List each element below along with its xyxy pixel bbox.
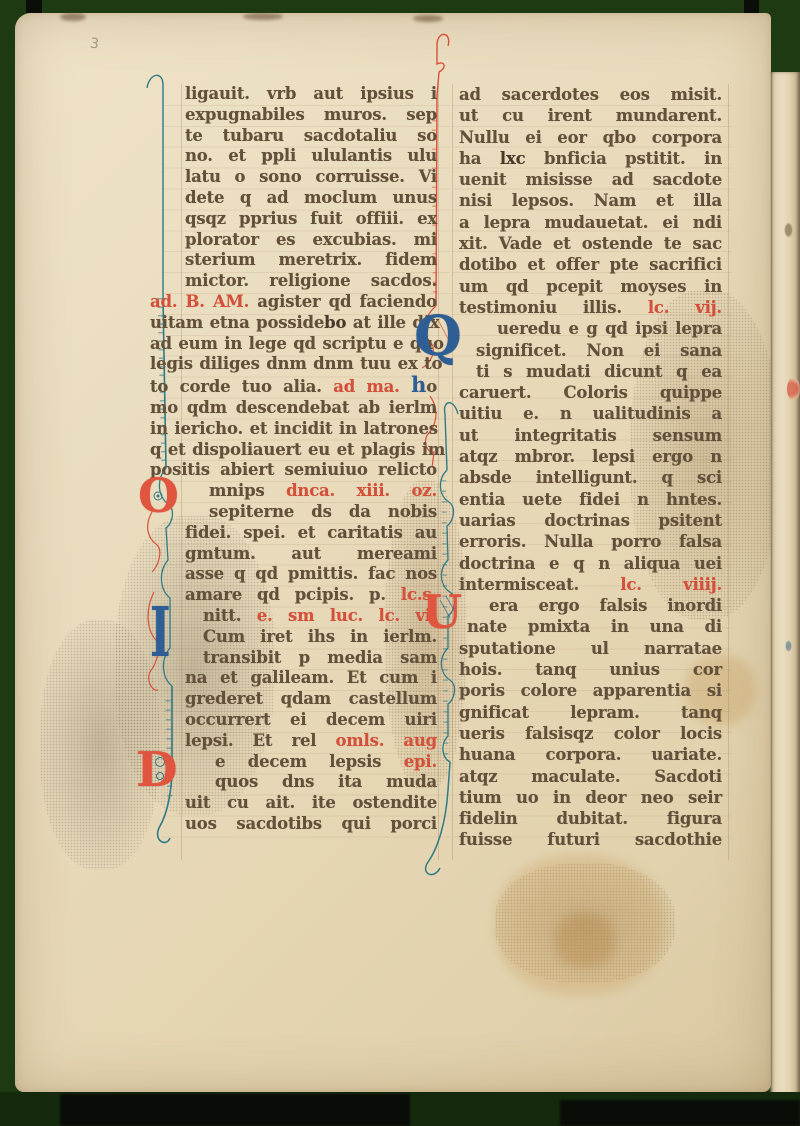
text-run: te tubaru sacdotaliu so — [185, 126, 437, 145]
manuscript-text-line: uit cu ait. ite ostendite — [185, 793, 437, 814]
scan-notch — [26, 0, 42, 13]
text-run: mnips — [209, 481, 286, 500]
text-run: doctrina e q n aliqua uei — [459, 554, 722, 573]
scan-shadow — [60, 1094, 410, 1126]
next-page-initial-hint — [787, 377, 800, 401]
text-run: fuisse futuri sacdothie — [459, 830, 722, 849]
manuscript-text-line: ha lxc bnficia pstitit. in — [459, 148, 722, 169]
text-block: De decem lepsis epi.quos dns ita mudauit… — [185, 752, 437, 835]
manuscript-text-line: Cum iret ihs in ierlm. — [185, 627, 437, 648]
manuscript-text-line: te tubaru sacdotaliu so — [185, 126, 437, 147]
text-run: bnficia pstitit. in — [525, 149, 722, 168]
text-run: tium uo in deor neo seir — [459, 788, 722, 807]
text-run: transibit p media sam — [203, 648, 437, 667]
manuscript-text-line: ueris falsisqz color locis — [459, 723, 722, 744]
manuscript-text-line: significet. Non ei sana — [459, 340, 722, 361]
text-run: gmtum. aut mereami — [185, 544, 437, 563]
manuscript-text-line: dotibo et offer pte sacrifici — [459, 254, 722, 275]
text-run: dotibo et offer pte sacrifici — [459, 255, 722, 274]
manuscript-text-line: legis diliges dnm dnm tuu ex to — [150, 354, 437, 375]
manuscript-text-line: uarias doctrinas psitent — [459, 510, 722, 531]
next-page-ink-hint — [785, 640, 792, 652]
manuscript-text-line: na et galileam. Et cum i — [185, 668, 437, 689]
manuscript-text-line: fuisse futuri sacdothie — [459, 829, 722, 850]
manuscript-text-line: mnips dnca. xiii. oz. — [185, 481, 437, 502]
text-run: uitiu e. n ualitudinis a — [459, 404, 722, 423]
text-run: ti s mudati dicunt q ea — [476, 362, 722, 381]
text-run: sputatione ul narratae — [459, 639, 722, 658]
text-run: o — [426, 377, 437, 396]
text-run: Cum iret ihs in ierlm. — [203, 627, 437, 646]
text-run: nitt. — [203, 606, 257, 625]
text-run: ad sacerdotes eos misit. — [459, 85, 722, 104]
manuscript-text-line: era ergo falsis inordi — [459, 595, 722, 616]
manuscript-text-line: amare qd pcipis. p. lc.s. — [185, 585, 437, 606]
text-run: mictor. religione sacdos. — [185, 271, 437, 290]
text-run: intermisceat. — [459, 575, 620, 594]
text-run: Nullu ei eor qbo corpora — [459, 128, 722, 147]
text-run: ut integritatis sensum — [459, 426, 722, 445]
text-run: ad. B. AM. — [150, 292, 257, 311]
right-text-column: ad sacerdotes eos misit.ut cu irent mund… — [459, 84, 722, 851]
manuscript-text-line: ueredu e g qd ipsi lepra — [459, 318, 722, 339]
text-run: quos dns ita muda — [215, 772, 437, 791]
text-run: omls. aug — [335, 731, 437, 750]
text-run: era ergo falsis inordi — [489, 596, 722, 615]
text-run: uarias doctrinas psitent — [459, 511, 722, 530]
manuscript-text-line: nitt. e. sm luc. lc. vii — [185, 606, 437, 627]
text-run: h — [411, 372, 426, 397]
scan-bottom-strip — [0, 1092, 800, 1126]
text-block: ad sacerdotes eos misit.ut cu irent mund… — [459, 84, 722, 318]
manuscript-text-line: a lepra mudauetat. ei ndi — [459, 212, 722, 233]
manuscript-text-line: absde intelligunt. q sci — [459, 467, 722, 488]
text-run: lc. vij. — [648, 298, 722, 317]
text-run: erroris. Nulla porro falsa — [459, 532, 722, 551]
edge-smudge — [413, 15, 443, 22]
text-run: latu o sono corruisse. Vi — [185, 167, 437, 186]
text-run: fidelin dubitat. figura — [459, 809, 722, 828]
text-block: Omnips dnca. xiii. oz.sepiterne ds da no… — [185, 481, 437, 606]
text-run: ueris falsisqz color locis — [459, 724, 722, 743]
manuscript-text-line: um qd pcepit moyses in — [459, 276, 722, 297]
manuscript-text-line: latu o sono corruisse. Vi — [185, 167, 437, 188]
manuscript-text-line: hois. tanq unius cor — [459, 659, 722, 680]
manuscript-text-line: intermisceat. lc. viiij. — [459, 574, 722, 595]
manuscript-text-line: poris colore apparentia si — [459, 680, 722, 701]
text-run: dnca. xiii. oz. — [286, 481, 437, 500]
edge-smudge — [243, 13, 283, 20]
manuscript-text-line: fidelin dubitat. figura — [459, 808, 722, 829]
text-run: amare qd pcipis. p. — [185, 585, 401, 604]
manuscript-text-line: no. et ppli ululantis ulu — [185, 146, 437, 167]
text-block: Queredu e g qd ipsi leprasignificet. Non… — [459, 318, 722, 595]
manuscript-text-line: nisi lepsos. Nam et illa — [459, 190, 722, 211]
text-run: agister qd faciendo — [257, 292, 437, 311]
text-run: hois. tanq unius cor — [459, 660, 722, 679]
manuscript-text-line: mictor. religione sacdos. — [185, 271, 437, 292]
text-run: absde intelligunt. q sci — [459, 468, 722, 487]
text-block: Initt. e. sm luc. lc. viiCum iret ihs in… — [185, 606, 437, 752]
text-run: epi. — [404, 752, 437, 771]
text-run: q et dispoliauert eu et plagis im — [150, 440, 445, 459]
text-run: nisi lepsos. Nam et illa — [459, 191, 722, 210]
text-run: expugnabiles muros. sep — [185, 105, 437, 124]
edge-smudge — [60, 13, 86, 21]
text-run: ad ma. — [333, 377, 411, 396]
text-run: na et galileam. Et cum i — [185, 668, 437, 687]
manuscript-text-line: dete q ad moclum unus — [185, 188, 437, 209]
manuscript-text-line: uos sacdotibs qui porci — [185, 814, 437, 835]
manuscript-text-line: gmtum. aut mereami — [185, 544, 437, 565]
text-run: gnificat lepram. tanq — [459, 703, 722, 722]
stain — [495, 855, 665, 995]
manuscript-text-line: ad. B. AM. agister qd faciendo — [150, 292, 437, 313]
manuscript-text-line: erroris. Nulla porro falsa — [459, 531, 722, 552]
text-run: dete q ad moclum unus — [185, 188, 437, 207]
text-run: qsqz pprius fuit offiii. ex — [185, 209, 437, 228]
text-run: xit. Vade et ostende te sac — [459, 234, 722, 253]
text-run: caruert. Coloris quippe — [459, 383, 722, 402]
manuscript-text-line: ti s mudati dicunt q ea — [459, 361, 722, 382]
text-run: at ille dix — [346, 313, 439, 332]
text-block: ad. B. AM. agister qd faciendouitam etna… — [150, 292, 437, 481]
text-run: in iericho. et incidit in latrones — [150, 419, 438, 438]
manuscript-text-line: asse q qd pmittis. fac nos — [185, 564, 437, 585]
text-run: ligauit. vrb aut ipsius i — [185, 84, 437, 103]
manuscript-text-line: qsqz pprius fuit offiii. ex — [185, 209, 437, 230]
manuscript-text-line: ut cu irent mundarent. — [459, 105, 722, 126]
text-run: um qd pcepit moyses in — [459, 277, 722, 296]
text-run: asse q qd pmittis. fac nos — [185, 564, 437, 583]
speckle-patch — [495, 863, 675, 983]
manuscript-text-line: in iericho. et incidit in latrones — [150, 419, 437, 440]
manuscript-text-line: transibit p media sam — [185, 648, 437, 669]
text-run: atqz maculate. Sacdoti — [459, 767, 722, 786]
manuscript-text-line: expugnabiles muros. sep — [185, 105, 437, 126]
manuscript-text-line: uitam etna possidebo at ille dix — [150, 313, 437, 334]
manuscript-text-line: testimoniu illis. lc. vij. — [459, 297, 722, 318]
text-run: mo qdm descendebat ab ierlm — [150, 398, 437, 417]
manuscript-text-line: tium uo in deor neo seir — [459, 787, 722, 808]
text-run: fidei. spei. et caritatis au — [185, 523, 437, 542]
scan-shadow — [560, 1100, 800, 1126]
manuscript-text-line: nate pmixta in una di — [459, 616, 722, 637]
text-run: significet. Non ei sana — [476, 341, 722, 360]
manuscript-text-line: sterium meretrix. fidem — [185, 250, 437, 271]
text-block: ligauit. vrb aut ipsius iexpugnabiles mu… — [185, 84, 437, 292]
manuscript-text-line: quos dns ita muda — [185, 772, 437, 793]
text-run: e. sm luc. lc. vii — [257, 606, 437, 625]
manuscript-text-line: sputatione ul narratae — [459, 638, 722, 659]
manuscript-text-line: caruert. Coloris quippe — [459, 382, 722, 403]
speckle-patch — [40, 620, 160, 870]
manuscript-text-line: huana corpora. uariate. — [459, 744, 722, 765]
text-run: occurrert ei decem uiri — [185, 710, 437, 729]
manuscript-text-line: doctrina e q n aliqua uei — [459, 553, 722, 574]
manuscript-text-line: e decem lepsis epi. — [185, 752, 437, 773]
text-run: plorator es excubias. mi — [185, 230, 437, 249]
manuscript-text-line: lepsi. Et rel omls. aug — [185, 731, 437, 752]
manuscript-text-line: gnificat lepram. tanq — [459, 702, 722, 723]
text-block: Uera ergo falsis inordinate pmixta in un… — [459, 595, 722, 851]
manuscript-text-line: ligauit. vrb aut ipsius i — [185, 84, 437, 105]
manuscript-text-line: to corde tuo alia. ad ma. ho — [150, 375, 437, 398]
text-run: poris colore apparentia si — [459, 681, 722, 700]
text-run: lc.s. — [401, 585, 437, 604]
manuscript-text-line: ad eum in lege qd scriptu e quo — [150, 334, 437, 355]
text-run: sepiterne ds da nobis — [209, 502, 437, 521]
next-page-ink-hint — [784, 222, 793, 238]
text-run: bo — [324, 313, 346, 332]
manuscript-text-line: entia uete fidei n hntes. — [459, 489, 722, 510]
text-run: atqz mbror. lepsi ergo n — [459, 447, 722, 466]
text-run: legis diliges dnm dnm tuu ex to — [150, 354, 442, 373]
text-run: uit cu ait. ite ostendite — [185, 793, 437, 812]
manuscript-text-line: sepiterne ds da nobis — [185, 502, 437, 523]
scan-background: ligauit. vrb aut ipsius iexpugnabiles mu… — [0, 0, 800, 1126]
text-run: sterium meretrix. fidem — [185, 250, 437, 269]
text-run: no. et ppli ululantis ulu — [185, 146, 437, 165]
text-run: nate pmixta in una di — [467, 617, 722, 636]
text-run: positis abiert semiuiuo relicto — [150, 460, 437, 479]
manuscript-text-line: xit. Vade et ostende te sac — [459, 233, 722, 254]
manuscript-text-line: grederet qdam castellum — [185, 689, 437, 710]
text-run: uitam etna posside — [150, 313, 324, 332]
manuscript-text-line: fidei. spei. et caritatis au — [185, 523, 437, 544]
text-run: e decem lepsis — [215, 752, 404, 771]
text-run: ueredu e g qd ipsi lepra — [497, 319, 722, 338]
manuscript-text-line: q et dispoliauert eu et plagis im — [150, 440, 437, 461]
stain — [555, 913, 615, 968]
manuscript-text-line: occurrert ei decem uiri — [185, 710, 437, 731]
book-fore-edge — [770, 72, 800, 1108]
text-run: a lepra mudauetat. ei ndi — [459, 213, 722, 232]
manuscript-text-line: plorator es excubias. mi — [185, 230, 437, 251]
manuscript-text-line: ut integritatis sensum — [459, 425, 722, 446]
text-run: grederet qdam castellum — [185, 689, 437, 708]
text-run: huana corpora. uariate. — [459, 745, 722, 764]
manuscript-text-line: ad sacerdotes eos misit. — [459, 84, 722, 105]
text-run: lxc — [500, 149, 526, 168]
manuscript-text-line: positis abiert semiuiuo relicto — [150, 460, 437, 481]
text-run: ad eum in lege qd scriptu e quo — [150, 334, 444, 353]
manuscript-text-line: Nullu ei eor qbo corpora — [459, 127, 722, 148]
text-run: lepsi. Et rel — [185, 731, 335, 750]
left-text-column: ligauit. vrb aut ipsius iexpugnabiles mu… — [185, 84, 437, 835]
manuscript-text-line: uitiu e. n ualitudinis a — [459, 403, 722, 424]
text-run: uos sacdotibs qui porci — [185, 814, 437, 833]
text-run: entia uete fidei n hntes. — [459, 490, 722, 509]
manuscript-text-line: atqz maculate. Sacdoti — [459, 766, 722, 787]
manuscript-text-line: atqz mbror. lepsi ergo n — [459, 446, 722, 467]
text-run: testimoniu illis. — [459, 298, 648, 317]
text-run: to corde tuo alia. — [150, 377, 333, 396]
text-run: ut cu irent mundarent. — [459, 106, 722, 125]
manuscript-text-line: uenit misisse ad sacdote — [459, 169, 722, 190]
text-run: uenit misisse ad sacdote — [459, 170, 722, 189]
text-run: lc. viiij. — [620, 575, 722, 594]
manuscript-text-line: mo qdm descendebat ab ierlm — [150, 398, 437, 419]
text-run: ha — [459, 149, 500, 168]
